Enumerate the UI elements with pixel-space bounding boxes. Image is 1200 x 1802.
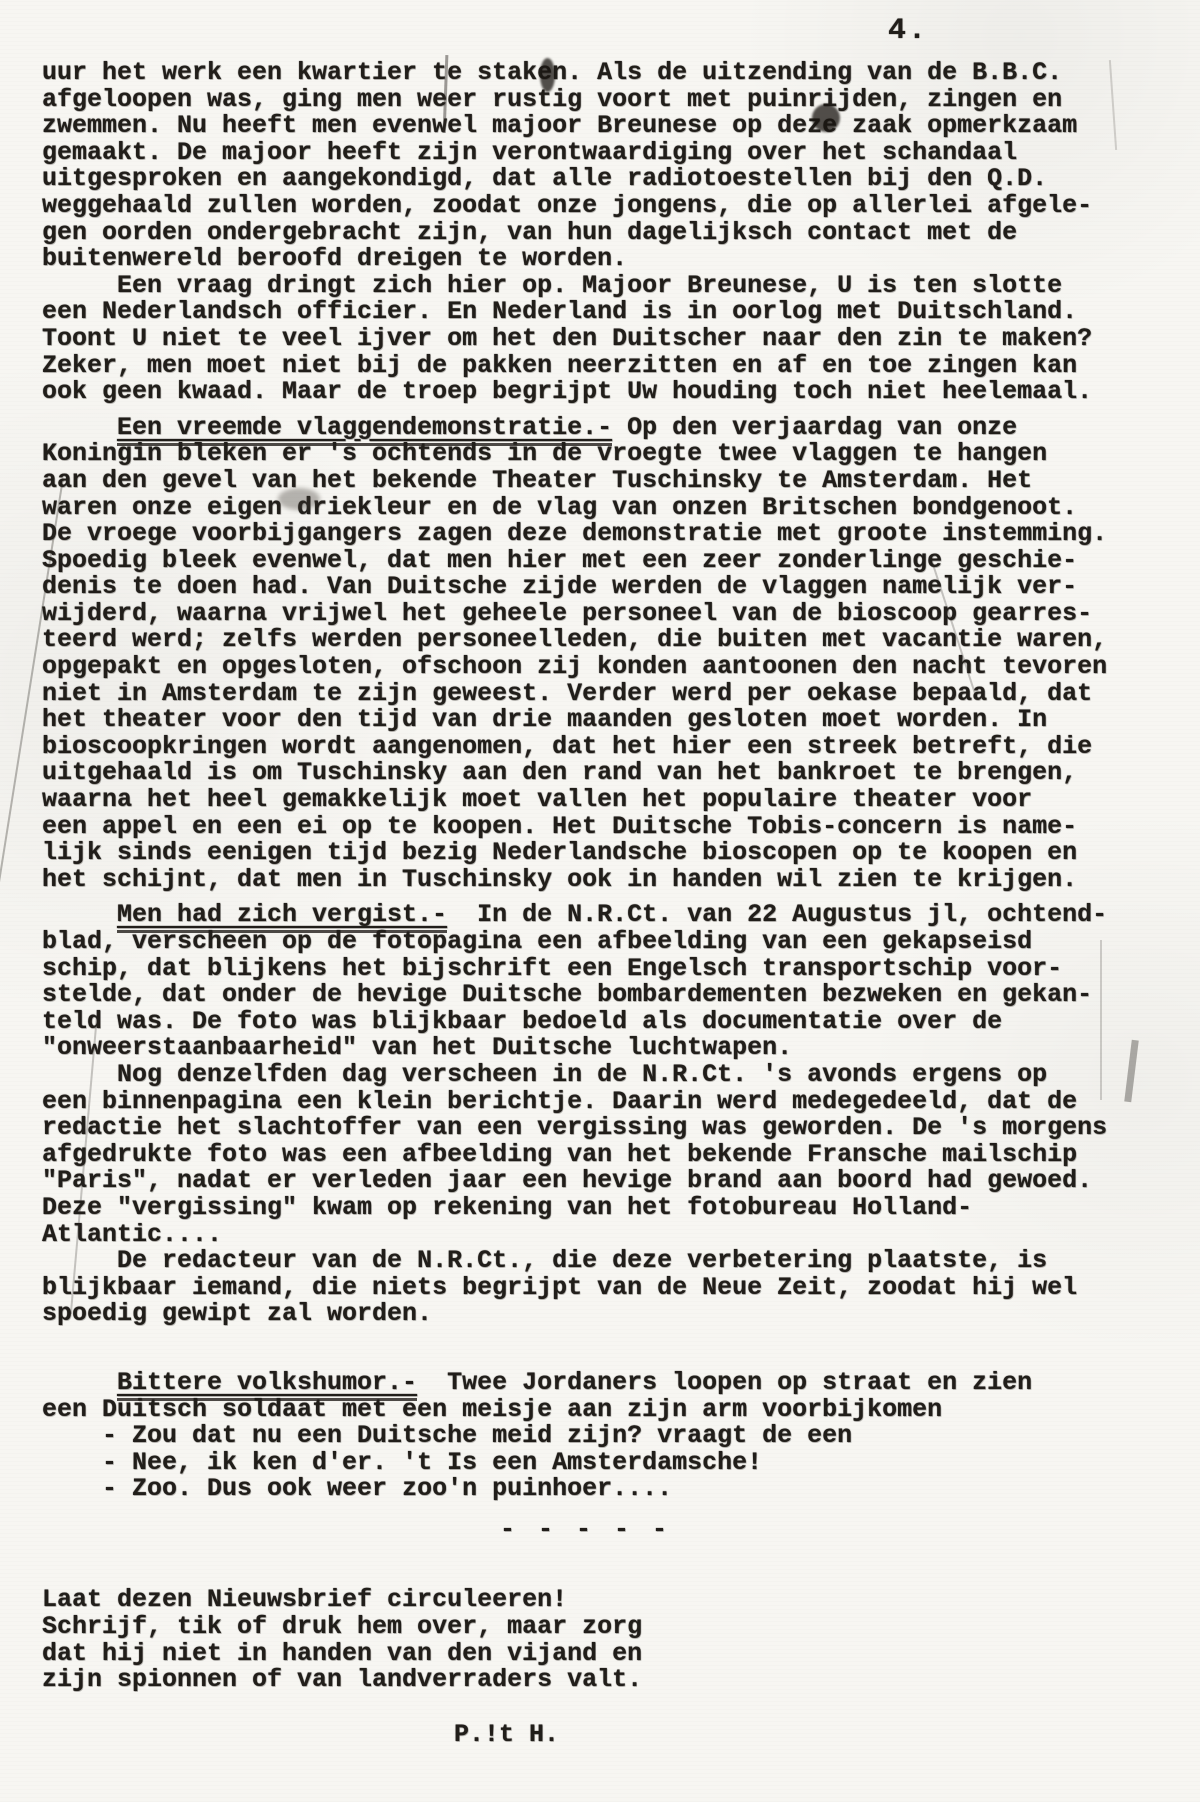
section-heading-line: Een vreemde vlaggendemonstratie.- Op den… [42,415,1176,442]
signature: P.!t H. [42,1722,1176,1749]
section-paragraph: Nog denzelfden dag verscheen in de N.R.C… [42,1062,1176,1248]
section-paragraph: een Duitsch soldaat met een meisje aan z… [42,1397,1176,1503]
section-paragraph: Koningin bleken er 's ochtends in de vro… [42,441,1176,893]
section-heading-line: Bittere volkshumor.- Twee Jordaners loop… [42,1370,1176,1397]
section-heading-rest: Twee Jordaners loopen op straat en zien [417,1368,1032,1397]
document-body: uur het werk een kwartier te staken. Als… [42,60,1176,1748]
section-heading-rest: In de N.R.Ct. van 22 Augustus jl, ochten… [447,900,1107,929]
section-men-had-zich-vergist: Men had zich vergist.- In de N.R.Ct. van… [42,902,1176,1328]
paragraph-bbc-continuation: uur het werk een kwartier te staken. Als… [42,60,1176,273]
paragraph-vraag-breunese: Een vraag dringt zich hier op. Majoor Br… [42,273,1176,406]
section-vlaggendemonstratie: Een vreemde vlaggendemonstratie.- Op den… [42,415,1176,894]
section-heading-line: Men had zich vergist.- In de N.R.Ct. van… [42,902,1176,929]
section-paragraph: blad, verscheen op de fotopagina een afb… [42,929,1176,1062]
page-number: 4. [888,14,928,48]
circulation-footer-note: Laat dezen Nieuwsbrief circuleeren! Schr… [42,1587,1176,1693]
scanned-newsletter-page: 4. uur het werk een kwartier te staken. … [0,0,1200,1802]
section-paragraph: De redacteur van de N.R.Ct., die deze ve… [42,1248,1176,1328]
dash-separator: - - - - - [42,1517,1176,1544]
section-heading-rest: Op den verjaardag van onze [612,413,1017,442]
section-bittere-volkshumor: Bittere volkshumor.- Twee Jordaners loop… [42,1370,1176,1503]
